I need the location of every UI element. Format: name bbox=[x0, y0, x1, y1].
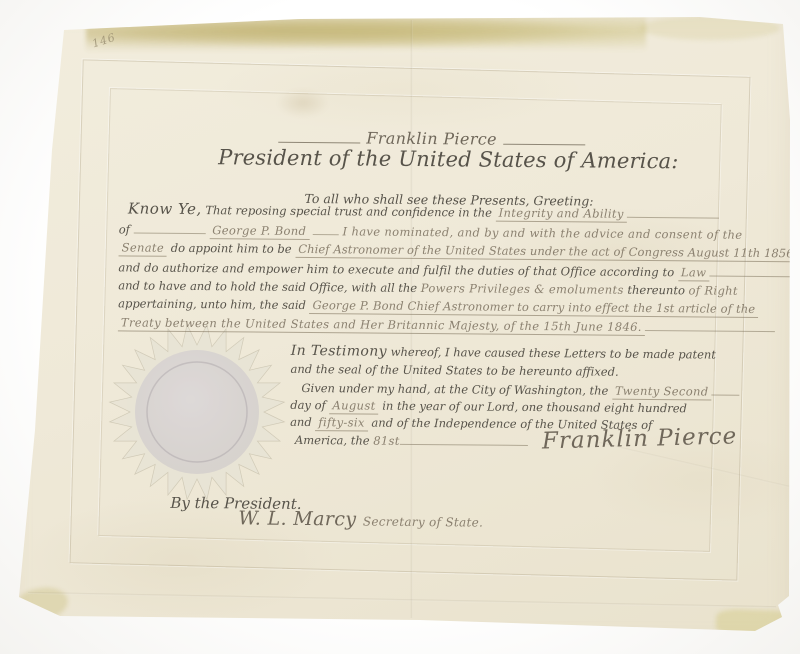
body-text: America, the bbox=[295, 433, 370, 448]
body-text: Given under my hand, at the City of Wash… bbox=[301, 381, 608, 398]
fill-in-treaty: Treaty between the United States and Her… bbox=[118, 315, 645, 336]
fill-in-independence-year: 81st bbox=[373, 434, 400, 448]
body-text: That reposing special trust and confiden… bbox=[205, 203, 492, 220]
secretary-signature-line: W. L. Marcy Secretary of State. bbox=[238, 511, 483, 529]
testimony-line-3: Given under my hand, at the City of Wash… bbox=[301, 380, 739, 399]
testimony-line-2: and the seal of the United States to be … bbox=[291, 362, 619, 379]
president-signature: Franklin Pierce bbox=[542, 429, 737, 448]
blank-line bbox=[645, 319, 775, 332]
fill-in-name-office: George P. Bond Chief Astronomer to carry… bbox=[310, 298, 759, 318]
docket-name: Franklin Pierce bbox=[366, 132, 497, 147]
body-line-2: of George P. Bond I have nominated, and … bbox=[119, 221, 743, 241]
blank-line bbox=[134, 221, 206, 234]
fill-in-day: Twenty Second bbox=[612, 384, 712, 401]
fill-in-appointee-name: George P. Bond bbox=[209, 223, 309, 240]
body-text: appertaining, unto him, the said bbox=[118, 296, 306, 312]
body-text: whereof, I have caused these Letters to … bbox=[391, 345, 716, 362]
body-line-7: Treaty between the United States and Her… bbox=[118, 314, 775, 335]
body-line-5: and to have and to hold the said Office,… bbox=[118, 278, 738, 297]
body-line-6: appertaining, unto him, the said George … bbox=[118, 296, 758, 316]
docket-name-line: Franklin Pierce bbox=[278, 129, 585, 148]
body-text: thereunto bbox=[627, 283, 685, 298]
body-text: and to have and to hold the said Office,… bbox=[118, 278, 417, 295]
testimony-line-4: day of August in the year of our Lord, o… bbox=[290, 398, 687, 415]
body-line-3: Senate do appoint him to be Chief Astron… bbox=[119, 240, 800, 260]
paper-shadow-wrap: 146 Franklin Pierce bbox=[0, 0, 800, 654]
document-paper: 146 Franklin Pierce bbox=[0, 0, 800, 654]
body-text: in the year of our Lord, one thousand ei… bbox=[382, 399, 687, 416]
document-text-block: Franklin Pierce President of the United … bbox=[0, 0, 800, 654]
fill-in-law: Law bbox=[678, 265, 710, 281]
fill-in-nomination: I have nominated, and by and with the ad… bbox=[343, 224, 743, 241]
body-text: and the seal of the United States to be … bbox=[291, 362, 619, 379]
blank-line bbox=[709, 265, 800, 278]
secretary-signature: W. L. Marcy bbox=[238, 507, 356, 530]
fill-in-integrity-ability: Integrity and Ability bbox=[496, 206, 627, 223]
testimony-line-6: America, the 81st bbox=[295, 432, 528, 449]
body-text: and bbox=[290, 415, 312, 429]
blank-line bbox=[400, 433, 528, 446]
rule-right bbox=[503, 131, 585, 146]
in-testimony-lead: In Testimony bbox=[291, 343, 387, 360]
fill-in-office-title: Chief Astronomer of the United States un… bbox=[295, 242, 800, 262]
page-title: President of the United States of Americ… bbox=[218, 150, 679, 168]
photo-background: 146 Franklin Pierce bbox=[0, 0, 800, 654]
secretary-title: Secretary of State. bbox=[363, 515, 483, 530]
fill-in-powers: Powers Privileges & emoluments bbox=[421, 281, 624, 297]
body-text: do appoint him to be bbox=[171, 241, 292, 256]
blank-line bbox=[627, 206, 719, 219]
fill-in-year: fifty-six bbox=[315, 415, 368, 431]
fill-in-senate: Senate bbox=[119, 240, 168, 256]
blank-line bbox=[313, 223, 339, 235]
fill-in-month: August bbox=[329, 398, 378, 414]
body-text: of bbox=[119, 222, 130, 236]
body-text: and do authorize and empower him to exec… bbox=[118, 260, 674, 279]
know-ye-lead: Know Ye, bbox=[128, 199, 202, 218]
body-text: day of bbox=[290, 398, 326, 412]
rule-left bbox=[278, 129, 360, 144]
fill-in-of-right: of Right bbox=[689, 283, 738, 297]
body-line-1: Know Ye, That reposing special trust and… bbox=[128, 201, 719, 221]
testimony-line-1: In Testimony whereof, I have caused thes… bbox=[291, 344, 716, 362]
blank-line bbox=[711, 384, 739, 396]
body-line-4: and do authorize and empower him to exec… bbox=[118, 259, 800, 280]
